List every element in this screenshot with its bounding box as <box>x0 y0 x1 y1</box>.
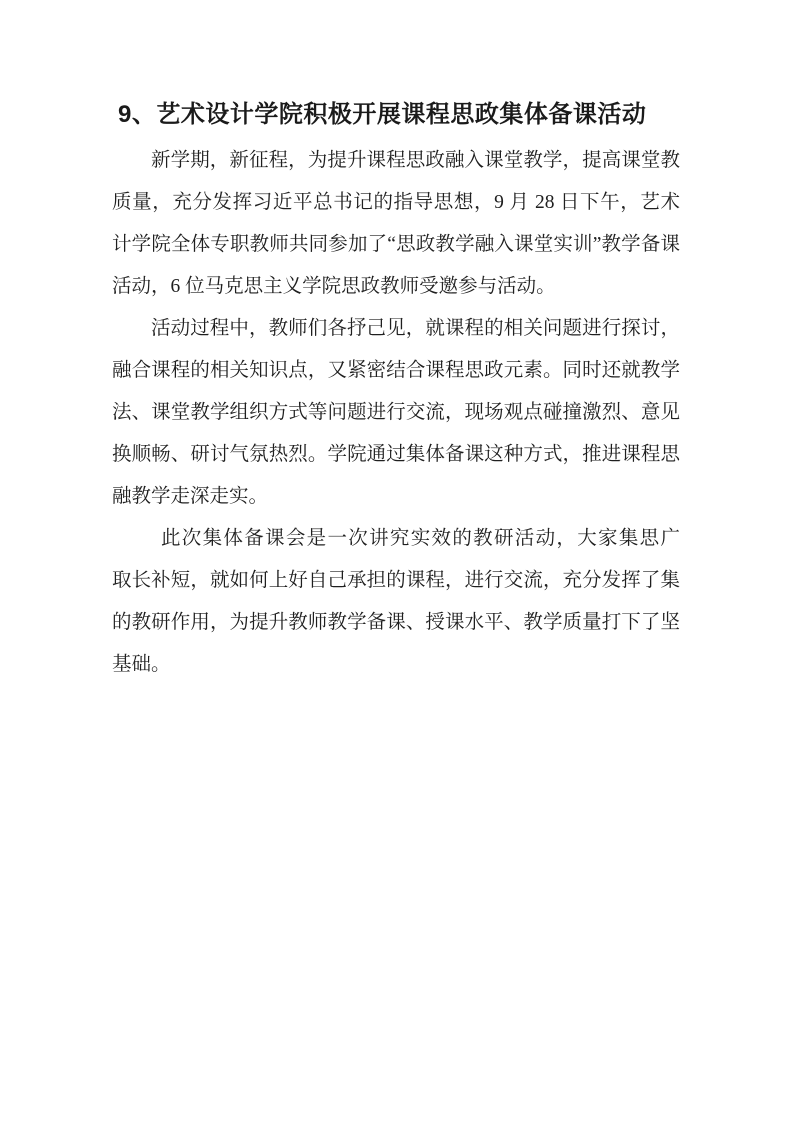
text-line: 取长补短，就如何上好自己承担的课程，进行交流，充分发挥了集体 <box>112 560 680 602</box>
text-line: 法、课堂教学组织方式等问题进行交流，现场观点碰撞激烈、意见交 <box>112 392 680 434</box>
text-line: 的教研作用，为提升教师教学备课、授课水平、教学质量打下了坚实 <box>112 602 680 644</box>
paragraph: 此次集体备课会是一次讲究实效的教研活动，大家集思广益，取长补短，就如何上好自己承… <box>112 518 680 686</box>
paragraph: 新学期，新征程，为提升课程思政融入课堂教学，提高课堂教学质量，充分发挥习近平总书… <box>112 140 680 308</box>
text-line: 活动过程中，教师们各抒己见，就课程的相关问题进行探讨，既 <box>112 308 680 350</box>
paragraph: 活动过程中，教师们各抒己见，就课程的相关问题进行探讨，既融合课程的相关知识点，又… <box>112 308 680 518</box>
document-body: 新学期，新征程，为提升课程思政融入课堂教学，提高课堂教学质量，充分发挥习近平总书… <box>112 140 680 686</box>
text-line: 质量，充分发挥习近平总书记的指导思想，9 月 28 日下午，艺术设 <box>112 182 680 224</box>
text-line: 新学期，新征程，为提升课程思政融入课堂教学，提高课堂教学 <box>112 140 680 182</box>
text-line: 活动，6 位马克思主义学院思政教师受邀参与活动。 <box>112 266 680 308</box>
text-line: 融教学走深走实。 <box>112 476 680 518</box>
text-line: 计学院全体专职教师共同参加了“思政教学融入课堂实训”教学备课 <box>112 224 680 266</box>
document-page: 9、艺术设计学院积极开展课程思政集体备课活动 新学期，新征程，为提升课程思政融入… <box>0 0 800 1131</box>
document-title: 9、艺术设计学院积极开展课程思政集体备课活动 <box>118 100 688 130</box>
text-line: 此次集体备课会是一次讲究实效的教研活动，大家集思广益， <box>112 518 680 560</box>
text-line: 换顺畅、研讨气氛热烈。学院通过集体备课这种方式，推进课程思政 <box>112 434 680 476</box>
text-line: 基础。 <box>112 644 680 686</box>
text-line: 融合课程的相关知识点，又紧密结合课程思政元素。同时还就教学方 <box>112 350 680 392</box>
